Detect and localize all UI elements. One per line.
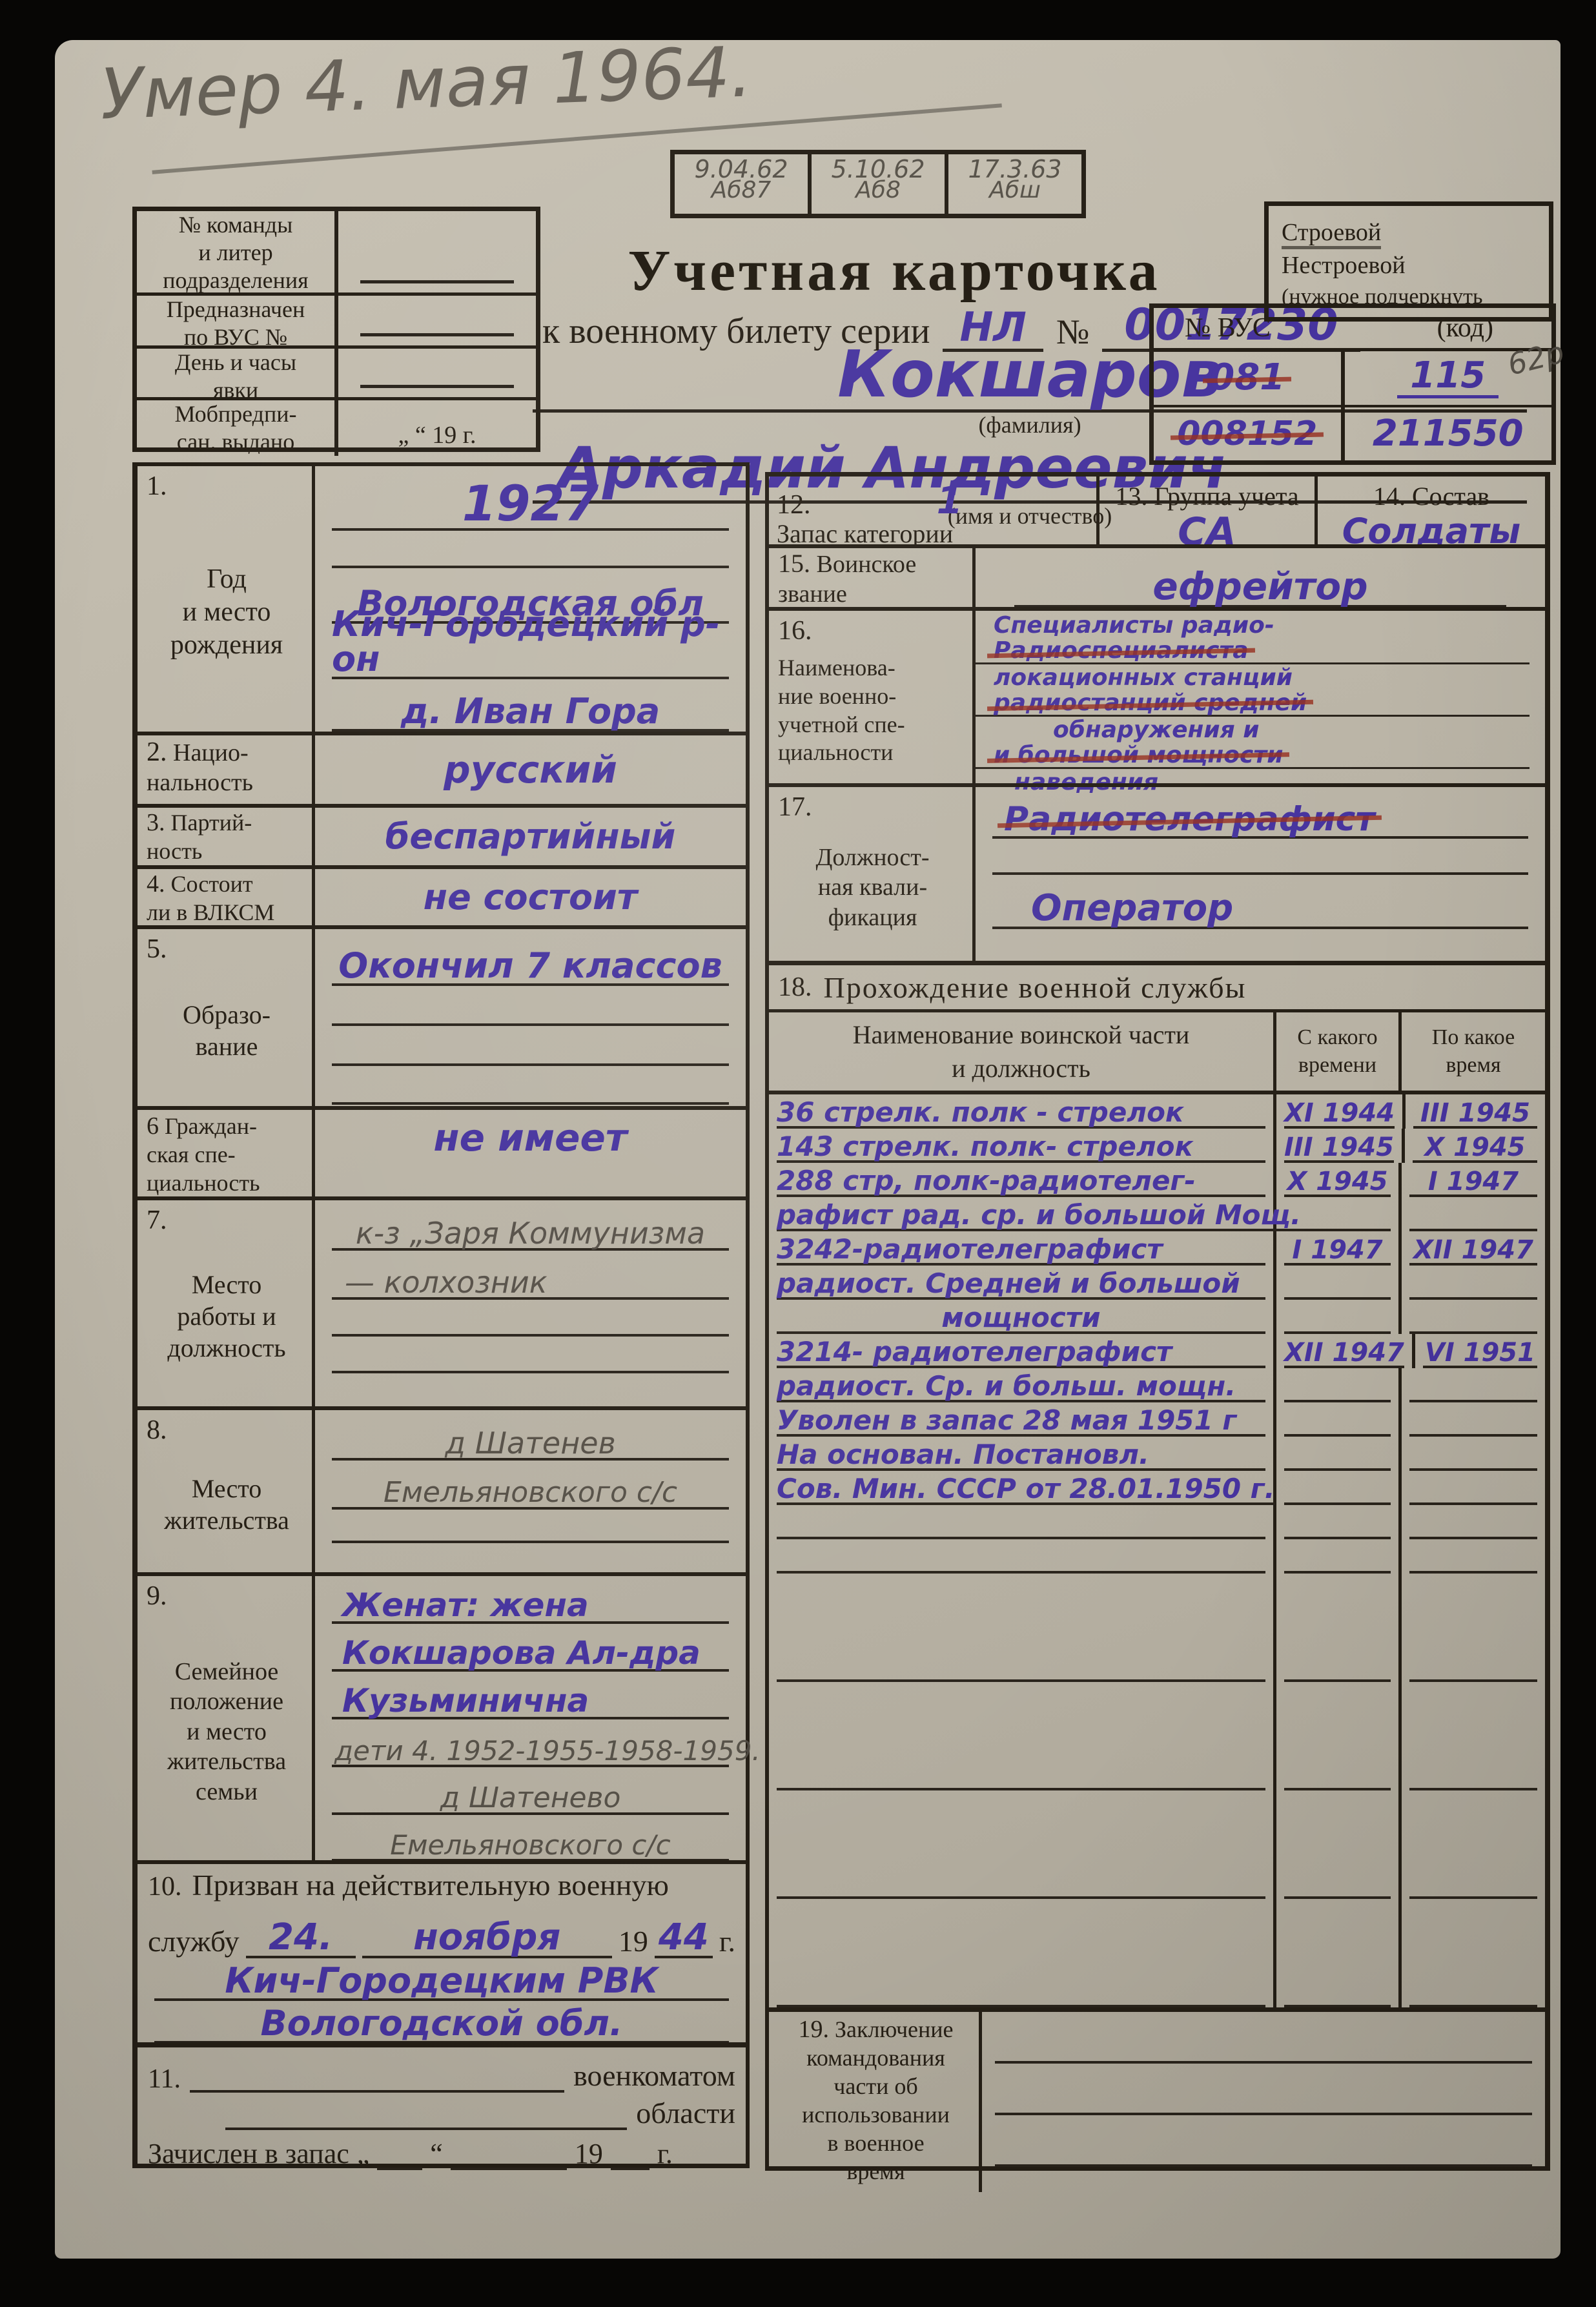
section-label: Наименова- ние военно- учетной спе- циал…: [778, 654, 967, 768]
service-row-empty: [769, 1899, 1545, 2007]
service-row: 143 стрелк. полк- стрелокIII 1945X 1945: [769, 1129, 1545, 1163]
speciality-insert-line: Специалисты радио-: [976, 612, 1545, 637]
rank-value: ефрейтор: [1152, 568, 1367, 605]
section-value-cell: не имеет: [315, 1110, 746, 1196]
section-value-cell: русский: [315, 735, 746, 804]
reserve-band: 12. 1 Запас категории 13. Группа учета С…: [769, 477, 1545, 544]
nationality-value: русский: [444, 751, 617, 788]
section-conscription: 10. Призван на действительную военную сл…: [138, 1860, 746, 2042]
service-row: 36 стрелк. полк - стрелокXI 1944III 1945: [769, 1094, 1545, 1129]
section-label-cell: 7. Место работы и должность: [138, 1200, 315, 1406]
value-line: д. Иван Гора: [332, 679, 729, 732]
value-line: Женат: жена: [332, 1576, 729, 1624]
section-label-with-number: 3. Партий- ность: [147, 809, 307, 866]
stamp-cell: 9.04.62 Аб87: [675, 154, 812, 214]
section-label-cell: 8. Место жительства: [138, 1410, 315, 1572]
service-unit: 36 стрелк. полк - стрелок: [777, 1099, 1183, 1126]
section-label: Граждан- ская спе- циальность: [147, 1113, 260, 1196]
blank-rule: [332, 986, 729, 1026]
blank-rule: [332, 1510, 729, 1543]
voenkomat-word: военкоматом: [573, 2058, 735, 2093]
section-label: Образо- вание: [147, 1000, 307, 1063]
section-label-cell: 15. Воинское звание: [769, 548, 976, 607]
section-value-cell: не состоит: [315, 869, 746, 925]
stamp-cell: 17.3.63 Абш: [948, 154, 1081, 214]
discharge-note: Уволен в запас 28 мая 1951 г: [777, 1407, 1236, 1434]
value-line: не состоит: [332, 869, 729, 925]
value-line: Кич-Городецкий р-он: [332, 624, 729, 679]
value-line: Вологодской обл.: [154, 2001, 729, 2044]
section-number: 18.: [778, 974, 812, 1001]
service-unit: 143 стрелк. полк- стрелок: [777, 1133, 1193, 1160]
section-label-with-number: 4. Состоит ли в ВЛКСМ: [147, 870, 307, 927]
section-value-cell: Специалисты радио- Радиоспециалиста лока…: [976, 611, 1545, 783]
section-value-cell: Окончил 7 классов: [315, 929, 746, 1106]
conscription-day: 24.: [269, 1920, 332, 1956]
section-command-conclusion: 19. Заключение командования части об исп…: [769, 2007, 1545, 2192]
blank-rule: [995, 2141, 1532, 2167]
blank-rule: [451, 2168, 567, 2170]
unit-column-header: Наименование воинской части и должность: [853, 1018, 1190, 1085]
section-number: 11.: [148, 2066, 181, 2093]
discharge-note: Сов. Мин. СССР от 28.01.1950 г.: [777, 1475, 1275, 1502]
conscription-month: ноября: [413, 1920, 560, 1956]
blank-rule: [332, 1337, 729, 1373]
service-to: XII 1947: [1413, 1237, 1533, 1263]
section-label-cell: 3. Партий- ность: [138, 808, 315, 865]
section-label-with-number: 19. Заключение командования части об исп…: [778, 2016, 974, 2186]
service-row: На основан. Постановл.: [769, 1437, 1545, 1471]
value-line: Емельяновского с/с: [332, 1461, 729, 1510]
section-civil-speciality: 6 Граждан- ская спе- циальность не имеет: [138, 1106, 746, 1196]
section-label-cell: 5. Образо- вание: [138, 929, 315, 1106]
speciality-text: обнаружения и: [1053, 719, 1259, 742]
speciality-crossed-text: Радиоспециалиста: [994, 639, 1249, 662]
section-value-cell: [982, 2012, 1545, 2192]
composition-text: Состав: [1412, 482, 1489, 511]
blank-rule: [377, 2168, 422, 2170]
service-row: 3242-радиотелеграфистI 1947XII 1947: [769, 1231, 1545, 1266]
issue-date-blank: „ “ 19 г.: [398, 421, 476, 449]
service-from: X 1945: [1287, 1169, 1387, 1195]
family-status: Женат: жена: [342, 1589, 589, 1621]
service-row: радиост. Средней и большой: [769, 1266, 1545, 1300]
section-number: 19.: [798, 2016, 829, 2043]
section-nationality: 2. Нацио- нальность русский: [138, 732, 746, 804]
value-line: ефрейтор: [1014, 548, 1506, 608]
pencil-death-note: Умер 4. мая 1964.: [99, 37, 753, 130]
family-village: д Шатенево: [440, 1784, 621, 1812]
wife-patronymic: Кузьминична: [342, 1685, 589, 1717]
vus-old-cell: 081: [1154, 351, 1345, 405]
section-number: 8.: [147, 1417, 307, 1444]
party-value: беспартийный: [385, 819, 676, 854]
section-number: 13.: [1115, 482, 1147, 511]
section-number: 12.: [777, 491, 811, 518]
row-value-cell: [338, 211, 536, 292]
service-from: XI 1944: [1284, 1100, 1395, 1126]
value-line: Емельяновского с/с: [332, 1815, 729, 1861]
speciality-insert-line: локационных станций: [976, 664, 1545, 690]
value-line: 24.: [246, 1920, 356, 1958]
service-unit: 3214- радиотелеграфист: [777, 1338, 1172, 1366]
blank-rule: [332, 1543, 729, 1575]
service-unit: рафист рад. ср. и большой Мощ.: [777, 1202, 1301, 1229]
blank-rule: [360, 385, 515, 388]
table-row: Мобпредпи- сан. выдано „ “ 19 г.: [137, 397, 536, 456]
service-row: Уволен в запас 28 мая 1951 г: [769, 1402, 1545, 1437]
section-label: Место жительства: [147, 1473, 307, 1537]
blank-rule: [332, 531, 729, 568]
service-unit: радиост. Ср. и больш. мощн.: [777, 1373, 1236, 1400]
section-number: 3.: [147, 809, 165, 836]
kod-new-value: 211550: [1373, 416, 1524, 452]
speciality-crossed-text: радиостанций средней: [994, 692, 1307, 715]
vus-old-code-cell: 008152: [1154, 407, 1345, 461]
qualification-crossed: Радиотелеграфист: [1004, 803, 1375, 836]
service-to: I 1947: [1428, 1169, 1519, 1195]
service-row: рафист рад. ср. и большой Мощ.: [769, 1197, 1545, 1231]
section-label: Состоит ли в ВЛКСМ: [147, 871, 274, 925]
reserve-label: Зачислен в запас: [148, 2137, 349, 2170]
reserve-category-cell: 12. 1 Запас категории: [769, 477, 1100, 544]
section-family: 9. Семейное положение и место жительства…: [138, 1572, 746, 1860]
blank-rule: [360, 280, 515, 283]
account-group-text: Группа учета: [1154, 482, 1298, 511]
service-row-empty: [769, 1505, 1545, 1539]
open-quote: „: [357, 2137, 370, 2170]
vus-row-old: 081 115: [1154, 351, 1551, 407]
value-line: 44: [655, 1920, 713, 1958]
conscription-oblast: Вологодской обл.: [260, 2006, 622, 2041]
service-row-empty: [769, 1574, 1545, 1682]
blank-rule: [332, 1066, 729, 1105]
close-quote: “: [430, 2137, 443, 2170]
speciality-insert-line: обнаружения и: [976, 717, 1545, 742]
section-value-cell: беспартийный: [315, 808, 746, 865]
value-line: ноября: [362, 1920, 612, 1958]
combatant-option-underlined: Строевой: [1282, 219, 1381, 249]
section-value-cell: д Шатенев Емельяновского с/с: [315, 1410, 746, 1572]
blank-rule: [332, 1026, 729, 1066]
row-label-cell: Мобпредпи- сан. выдано: [137, 400, 338, 456]
service-history-title-row: 18. Прохождение военной службы: [769, 961, 1545, 1009]
section-label: Должност- ная квали- фикация: [778, 843, 967, 932]
row-label-cell: Предназначен по ВУС №: [137, 296, 338, 345]
service-to: III 1945: [1420, 1100, 1530, 1126]
table-row: Предназначен по ВУС №: [137, 292, 536, 345]
wife-surname: Кокшарова Ал-дра: [342, 1637, 701, 1669]
from-column-header: С какого времени: [1297, 1024, 1377, 1079]
reserve-year-print: 19: [575, 2137, 603, 2170]
stamp-cell: 5.10.62 Аб8: [812, 154, 948, 214]
vus-header: № ВУС: [1154, 313, 1271, 343]
section-value-cell: ефрейтор: [976, 548, 1545, 607]
registration-card: Умер 4. мая 1964. 9.04.62 Аб87 5.10.62 А…: [55, 40, 1560, 2259]
mobilization-table: № команды и литер подразделения Предназн…: [132, 207, 540, 452]
row-label: День и часы явки: [175, 349, 296, 404]
conscription-year: 44: [659, 1920, 709, 1956]
composition-cell: 14. Состав Солдаты: [1318, 477, 1545, 544]
from-column-header-cell: С какого времени: [1276, 1012, 1402, 1091]
card-title: Учетная карточка: [623, 238, 1165, 304]
service-row: мощности: [769, 1300, 1545, 1334]
reserve-year-suffix: г.: [657, 2137, 673, 2170]
row-value-cell: [338, 349, 536, 397]
section-vlksm: 4. Состоит ли в ВЛКСМ не состоит: [138, 865, 746, 925]
section-label-with-number: 6 Граждан- ская спе- циальность: [147, 1112, 307, 1198]
vus-row-new: 008152 211550: [1154, 407, 1551, 461]
birth-year: 1927: [462, 479, 599, 528]
reserve-category-value: 1: [937, 482, 963, 519]
row-label: Предназначен по ВУС №: [167, 296, 305, 351]
stamp-date-box: 9.04.62 Аб87 5.10.62 Аб8 17.3.63 Абш: [670, 150, 1086, 218]
service-row-empty: [769, 1682, 1545, 1790]
section-birth: 1. Год и место рождения 1927 Вологодская…: [138, 462, 746, 732]
account-group-cell: 13. Группа учета СА: [1100, 477, 1318, 544]
service-row: 288 стр, полк-радиотелег-X 1945I 1947: [769, 1163, 1545, 1197]
value-line: Кузьминична: [332, 1672, 729, 1719]
section-party: 3. Партий- ность беспартийный: [138, 804, 746, 865]
value-line: — колхозник: [332, 1251, 729, 1300]
section-rank: 15. Воинское звание ефрейтор: [769, 544, 1545, 607]
section-number: 10.: [148, 1873, 182, 1900]
service-row-empty: [769, 1790, 1545, 1899]
right-column: 12. 1 Запас категории 13. Группа учета С…: [765, 472, 1550, 2171]
value-line: Кокшарова Ал-дра: [332, 1624, 729, 1672]
service-unit: радиост. Средней и большой: [777, 1270, 1240, 1297]
section-label-with-number: 2. Нацио- нальность: [147, 738, 307, 798]
left-column: 1. Год и место рождения 1927 Вологодская…: [132, 462, 750, 2168]
service-table-header: Наименование воинской части и должность …: [769, 1009, 1545, 1094]
conscription-intro-line: 10. Призван на действительную военную: [148, 1868, 735, 1905]
section-label: Семейное положение и место жительства се…: [147, 1657, 307, 1807]
conscription-rvk: Кич-Городецким РВК: [225, 1964, 658, 1998]
service-unit: 3242-радиотелеграфист: [777, 1236, 1163, 1263]
value-line: Оператор: [992, 875, 1528, 929]
conscription-date-line: службу 24. ноября 19 44 г.: [148, 1905, 735, 1958]
section-label: Место работы и должность: [147, 1269, 307, 1364]
composition-value: Солдаты: [1342, 514, 1520, 549]
oblast-word: области: [636, 2096, 735, 2130]
value-line: русский: [332, 735, 729, 804]
speciality-crossed-line: радиостанций средней: [976, 690, 1529, 717]
section-number: 15.: [778, 549, 810, 578]
value-line: Радиотелеграфист: [992, 787, 1528, 839]
section-residence: 8. Место жительства д Шатенев Емельяновс…: [138, 1406, 746, 1572]
speciality-text: Специалисты радио-: [994, 614, 1274, 637]
service-from: XII 1947: [1284, 1340, 1404, 1366]
section-label-cell: 4. Состоит ли в ВЛКСМ: [138, 869, 315, 925]
composition-label: 14. Состав: [1373, 482, 1489, 511]
service-unit: 288 стр, полк-радиотелег-: [777, 1167, 1196, 1195]
section-label-cell: 6 Граждан- ская спе- циальность: [138, 1110, 315, 1196]
section-label-with-number: 15. Воинское звание: [778, 549, 967, 610]
speciality-crossed-text: и большой мощности: [994, 744, 1283, 767]
value-line: Кич-Городецким РВК: [154, 1958, 729, 2001]
section-number: 9.: [147, 1583, 307, 1610]
vus-new-value: 115: [1397, 358, 1499, 398]
value-line: д Шатенев: [332, 1410, 729, 1461]
blank-rule: [992, 839, 1528, 875]
section-label-cell: 17. Должност- ная квали- фикация: [769, 787, 976, 961]
year-suffix-print: г.: [719, 1924, 735, 1958]
to-column-header: По какое время: [1432, 1024, 1515, 1079]
speciality-text: локационных станций: [994, 666, 1293, 690]
family-selsoviet: Емельяновского с/с: [390, 1832, 670, 1859]
unit-column-header-cell: Наименование воинской части и должность: [769, 1012, 1276, 1091]
section-qualification: 17. Должност- ная квали- фикация Радиоте…: [769, 783, 1545, 961]
civil-speciality-value: не имеет: [434, 1119, 628, 1156]
blank-rule: [332, 1300, 729, 1337]
birth-district: Кич-Городецкий р-он: [332, 607, 729, 677]
section-military-speciality: 16. Наименова- ние военно- учетной спе- …: [769, 607, 1545, 783]
table-row: № команды и литер подразделения: [137, 211, 536, 292]
row-value-cell: „ “ 19 г.: [338, 400, 536, 456]
section-label-cell: 1. Год и место рождения: [138, 466, 315, 732]
blank-rule: [995, 2038, 1532, 2064]
section-value-cell: Женат: жена Кокшарова Ал-дра Кузьминична…: [315, 1576, 746, 1860]
section-number: 1.: [147, 473, 307, 500]
children-years: дети 4. 1952-1955-1958-1959.: [334, 1738, 761, 1765]
reserve-line: Зачислен в запас „ “ 19 г.: [148, 2130, 735, 2175]
section-value-cell: к-з „Заря Коммунизма — колхозник: [315, 1200, 746, 1406]
section-value-cell: Радиотелеграфист Оператор: [976, 787, 1545, 961]
service-row: радиост. Ср. и больш. мощн.: [769, 1368, 1545, 1402]
table-row: День и часы явки: [137, 345, 536, 397]
workplace-value: к-з „Заря Коммунизма: [356, 1218, 705, 1248]
blank-rule: [332, 1373, 729, 1409]
birth-village: д. Иван Гора: [401, 694, 660, 729]
service-unit: мощности: [941, 1304, 1100, 1331]
row-label-cell: День и часы явки: [137, 349, 338, 397]
section-label: Год и место рождения: [147, 563, 307, 662]
service-from: I 1947: [1292, 1237, 1382, 1263]
residence-selsoviet: Емельяновского с/с: [384, 1479, 677, 1507]
section-number: 7.: [147, 1207, 307, 1234]
service-from: III 1945: [1284, 1134, 1394, 1160]
value-line: не имеет: [332, 1110, 729, 1196]
education-value: Окончил 7 классов: [338, 948, 722, 983]
vlksm-value: не состоит: [424, 880, 637, 915]
vus-old-value-crossed: 081: [1209, 360, 1285, 396]
blank-rule: [611, 2168, 650, 2170]
kod-header: (код): [1437, 313, 1551, 343]
value-line: дети 4. 1952-1955-1958-1959.: [332, 1719, 729, 1767]
section-number: 4.: [147, 870, 165, 897]
year-prefix-print: 19: [619, 1924, 648, 1958]
value-line: д Шатенево: [332, 1767, 729, 1815]
conscription-intro: Призван на действительную военную: [192, 1868, 736, 1902]
service-to: VI 1951: [1425, 1340, 1535, 1366]
section-workplace: 7. Место работы и должность к-з „Заря Ко…: [138, 1196, 746, 1406]
speciality-crossed-line: и большой мощности: [976, 742, 1529, 769]
service-history-title: Прохождение военной службы: [824, 970, 1247, 1005]
section-number: 5.: [147, 936, 307, 963]
kod-new-cell: 211550: [1345, 407, 1551, 461]
row-label-cell: № команды и литер подразделения: [137, 211, 338, 292]
account-group-label: 13. Группа учета: [1115, 482, 1298, 511]
non-combatant-option: Нестроевой: [1282, 249, 1536, 282]
section-label-cell: 19. Заключение командования части об исп…: [769, 2012, 982, 2192]
row-value-cell: [338, 296, 536, 345]
to-column-header-cell: По какое время: [1402, 1012, 1545, 1091]
service-row: 3214- радиотелеграфистXII 1947VI 1951: [769, 1334, 1545, 1368]
value-line: 1927: [332, 466, 729, 531]
section-number: 14.: [1373, 482, 1406, 511]
section-education: 5. Образо- вание Окончил 7 классов: [138, 925, 746, 1106]
section-label-cell: 9. Семейное положение и место жительства…: [138, 1576, 315, 1860]
blank-rule: [995, 2089, 1532, 2115]
voenkomat-line: 11. военкоматом: [148, 2053, 735, 2093]
value-line: Окончил 7 классов: [332, 929, 729, 986]
speciality-crossed-line: Радиоспециалиста: [976, 637, 1529, 664]
residence-village: д Шатенев: [445, 1428, 615, 1458]
section-label-cell: 16. Наименова- ние военно- учетной спе- …: [769, 611, 976, 783]
section-label-cell: 2. Нацио- нальность: [138, 735, 315, 804]
vus-code-table: № ВУС (код) 081 115 008152 211550: [1149, 303, 1556, 465]
section-number: 6: [147, 1112, 159, 1140]
value-line: к-з „Заря Коммунизма: [332, 1200, 729, 1251]
blank-rule: [360, 333, 515, 336]
oblast-line: области: [148, 2093, 735, 2130]
service-row: Сов. Мин. СССР от 28.01.1950 г.: [769, 1471, 1545, 1505]
kod-old-value-crossed: 008152: [1177, 417, 1317, 451]
discharge-note: На основан. Постановл.: [777, 1441, 1149, 1468]
row-label: № команды и литер подразделения: [163, 211, 308, 295]
position-value: — колхозник: [345, 1267, 547, 1297]
section-number: 2.: [147, 737, 167, 767]
value-line: беспартийный: [332, 808, 729, 865]
service-to: X 1945: [1424, 1134, 1525, 1160]
service-row-empty: [769, 1539, 1545, 1574]
row-label: Мобпредпи- сан. выдано: [174, 400, 296, 456]
section-number: 17.: [778, 794, 967, 821]
vus-header-row: № ВУС (код): [1154, 308, 1551, 351]
scanned-page: Умер 4. мая 1964. 9.04.62 Аб87 5.10.62 А…: [0, 0, 1596, 2307]
qualification-value: Оператор: [1031, 890, 1233, 927]
conscription-word: службу: [148, 1924, 240, 1958]
section-number: 16.: [778, 617, 967, 644]
section-enlistment-office: 11. военкоматом области Зачислен в запас…: [138, 2042, 746, 2168]
section-value-cell: 1927 Вологодская обл Кич-Городецкий р-он…: [315, 466, 746, 732]
